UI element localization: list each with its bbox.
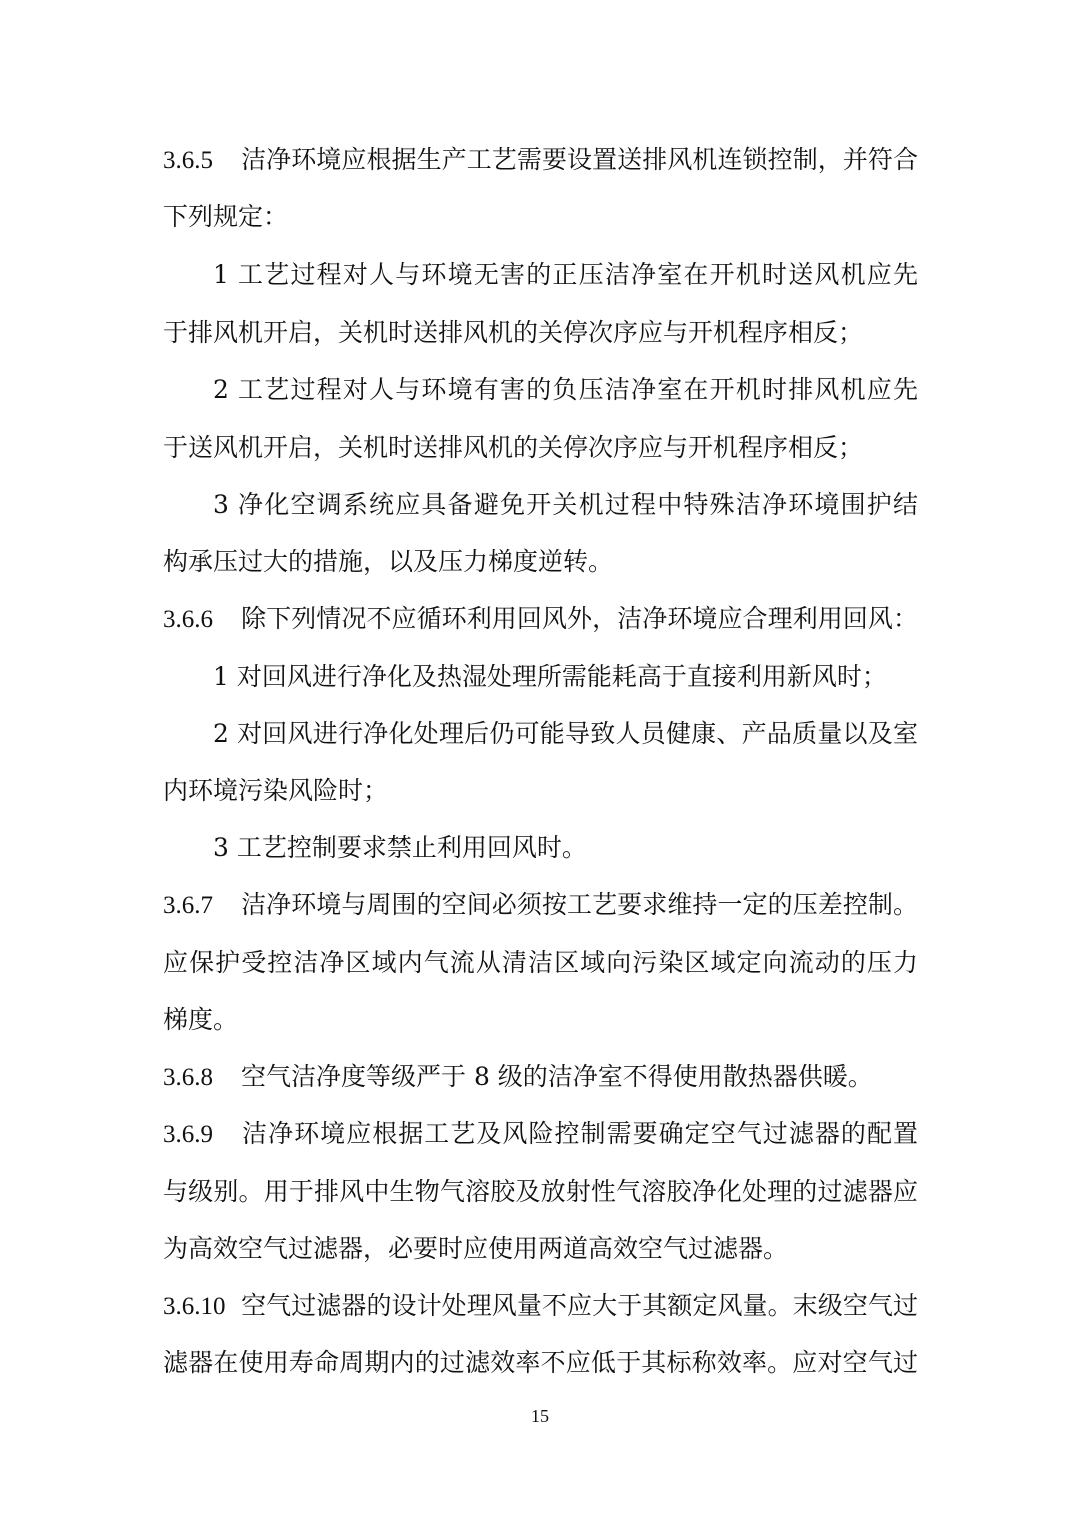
line-text: 空气过滤器的设计处理风量不应大于其额定风量。末级空气过 <box>241 1291 918 1320</box>
text-line: 与级别。用于排风中生物气溶胶及放射性气溶胶净化处理的过滤器应 <box>163 1175 918 1209</box>
text-line: 为高效空气过滤器，必要时应使用两道高效空气过滤器。 <box>163 1232 918 1266</box>
line-text: 于送风机开启，关机时送排风机的关停次序应与开机程序相反； <box>163 433 863 462</box>
line-text: 应保护受控洁净区域内气流从清洁区域向污染区域定向流动的压力 <box>163 948 918 977</box>
line-text: 内环境污染风险时； <box>163 776 388 805</box>
document-page: 3.6.5洁净环境应根据生产工艺需要设置送排风机连锁控制，并符合下列规定：1 工… <box>0 0 1080 1527</box>
clause-line: 3.6.8空气洁净度等级严于 8 级的洁净室不得使用散热器供暖。 <box>163 1060 918 1095</box>
line-text: 空气洁净度等级严于 8 级的洁净室不得使用散热器供暖。 <box>241 1062 873 1091</box>
clause-line: 3.6.7洁净环境与周围的空间必须按工艺要求维持一定的压差控制。 <box>163 888 918 923</box>
text-line: 2 对回风进行净化处理后仍可能导致人员健康、产品质量以及室 <box>213 717 918 751</box>
clause-line: 3.6.5洁净环境应根据生产工艺需要设置送排风机连锁控制，并符合 <box>163 143 918 178</box>
text-line: 3 净化空调系统应具备避免开关机过程中特殊洁净环境围护结 <box>213 488 918 522</box>
clause-number: 3.6.5 <box>163 144 241 178</box>
line-text: 洁净环境与周围的空间必须按工艺要求维持一定的压差控制。 <box>241 890 918 919</box>
line-text: 1 对回风进行净化及热湿处理所需能耗高于直接利用新风时； <box>213 662 887 691</box>
line-text: 为高效空气过滤器，必要时应使用两道高效空气过滤器。 <box>163 1234 788 1263</box>
line-text: 于排风机开启，关机时送排风机的关停次序应与开机程序相反； <box>163 318 863 347</box>
page-number: 15 <box>0 1406 1080 1427</box>
clause-number: 3.6.6 <box>163 603 241 637</box>
text-line: 1 对回风进行净化及热湿处理所需能耗高于直接利用新风时； <box>213 660 918 694</box>
text-line: 于排风机开启，关机时送排风机的关停次序应与开机程序相反； <box>163 316 918 350</box>
clause-number: 3.6.8 <box>163 1061 241 1095</box>
clause-line: 3.6.10空气过滤器的设计处理风量不应大于其额定风量。末级空气过 <box>163 1289 918 1324</box>
line-text: 除下列情况不应循环利用回风外，洁净环境应合理利用回风： <box>241 604 918 633</box>
clause-number: 3.6.10 <box>163 1290 241 1324</box>
line-text: 3 净化空调系统应具备避免开关机过程中特殊洁净环境围护结 <box>213 490 918 519</box>
text-line: 于送风机开启，关机时送排风机的关停次序应与开机程序相反； <box>163 431 918 465</box>
line-text: 洁净环境应根据生产工艺需要设置送排风机连锁控制，并符合 <box>241 145 918 174</box>
clause-number: 3.6.7 <box>163 889 241 923</box>
text-line: 应保护受控洁净区域内气流从清洁区域向污染区域定向流动的压力 <box>163 946 918 980</box>
line-text: 2 工艺过程对人与环境有害的负压洁净室在开机时排风机应先 <box>213 375 918 404</box>
line-text: 梯度。 <box>163 1005 238 1034</box>
text-line: 3 工艺控制要求禁止利用回风时。 <box>213 831 918 865</box>
text-line: 内环境污染风险时； <box>163 774 918 808</box>
text-line: 梯度。 <box>163 1003 918 1037</box>
line-text: 与级别。用于排风中生物气溶胶及放射性气溶胶净化处理的过滤器应 <box>163 1177 918 1206</box>
text-line: 1 工艺过程对人与环境无害的正压洁净室在开机时送风机应先 <box>213 258 918 292</box>
line-text: 下列规定： <box>163 202 288 231</box>
line-text: 滤器在使用寿命周期内的过滤效率不应低于其标称效率。应对空气过 <box>163 1348 918 1377</box>
text-line: 下列规定： <box>163 200 918 234</box>
clause-line: 3.6.6除下列情况不应循环利用回风外，洁净环境应合理利用回风： <box>163 602 918 637</box>
text-line: 滤器在使用寿命周期内的过滤效率不应低于其标称效率。应对空气过 <box>163 1346 918 1380</box>
line-text: 3 工艺控制要求禁止利用回风时。 <box>213 833 587 862</box>
text-line: 构承压过大的措施，以及压力梯度逆转。 <box>163 545 918 579</box>
clause-number: 3.6.9 <box>163 1118 241 1152</box>
line-text: 2 对回风进行净化处理后仍可能导致人员健康、产品质量以及室 <box>213 719 918 748</box>
line-text: 构承压过大的措施，以及压力梯度逆转。 <box>163 547 613 576</box>
line-text: 1 工艺过程对人与环境无害的正压洁净室在开机时送风机应先 <box>213 260 918 289</box>
clause-line: 3.6.9洁净环境应根据工艺及风险控制需要确定空气过滤器的配置 <box>163 1117 918 1152</box>
text-line: 2 工艺过程对人与环境有害的负压洁净室在开机时排风机应先 <box>213 373 918 407</box>
line-text: 洁净环境应根据工艺及风险控制需要确定空气过滤器的配置 <box>241 1119 918 1148</box>
